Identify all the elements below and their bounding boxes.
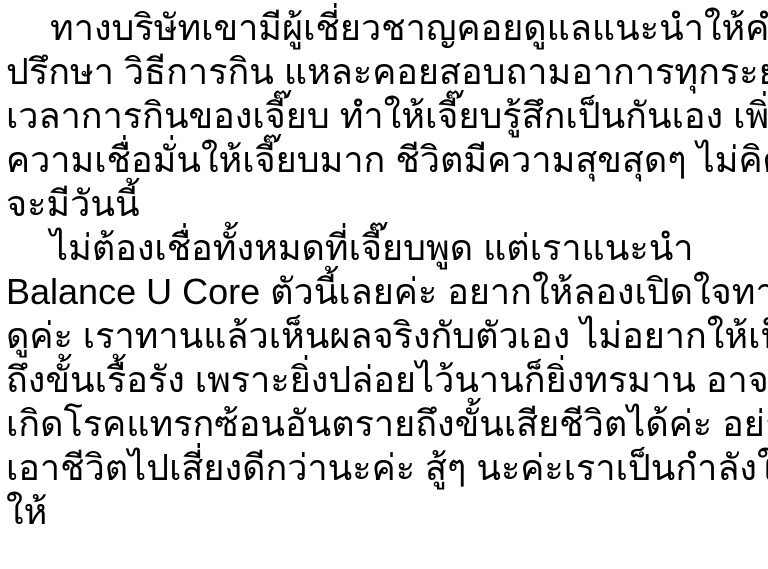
text-line: เอาชีวิตไปเสี่ยงดีกว่านะค่ะ สู้ๆ นะค่ะเร… [6, 446, 764, 490]
text-line: เวลาการกินของเจี๊ยบ ทำให้เจี๊ยบรู้สึกเป็… [6, 94, 764, 138]
text-line: ให้ [6, 490, 764, 534]
text-line: เกิดโรคแทรกซ้อนอันตรายถึงขั้นเสียชีวิตได… [6, 402, 764, 446]
paragraph: ไม่ต้องเชื่อทั้งหมดที่เจี๊ยบพูด แต่เราแน… [6, 226, 764, 534]
text-line: ถึงขั้นเรื้อรัง เพราะยิ่งปล่อยไว้นานก็ยิ… [6, 358, 764, 402]
text-line: Balance U Core ตัวนี้เลยค่ะ อยากให้ลองเป… [6, 270, 764, 314]
text-line: ดูค่ะ เราทานแล้วเห็นผลจริงกับตัวเอง ไม่อ… [6, 314, 764, 358]
text-line: จะมีวันนี้ [6, 182, 764, 226]
text-line: ปรึกษา วิธีการกิน แหละคอยสอบถามอาการทุกร… [6, 50, 764, 94]
text-line: ไม่ต้องเชื่อทั้งหมดที่เจี๊ยบพูด แต่เราแน… [6, 226, 764, 270]
text-line: ทางบริษัทเขามีผู้เชี่ยวชาญคอยดูแลแนะนำให… [6, 6, 764, 50]
text-content: ทางบริษัทเขามีผู้เชี่ยวชาญคอยดูแลแนะนำให… [0, 0, 768, 569]
text-line: ความเชื่อมั่นให้เจี๊ยบมาก ชีวิตมีความสุข… [6, 138, 764, 182]
paragraph: ทางบริษัทเขามีผู้เชี่ยวชาญคอยดูแลแนะนำให… [6, 6, 764, 226]
